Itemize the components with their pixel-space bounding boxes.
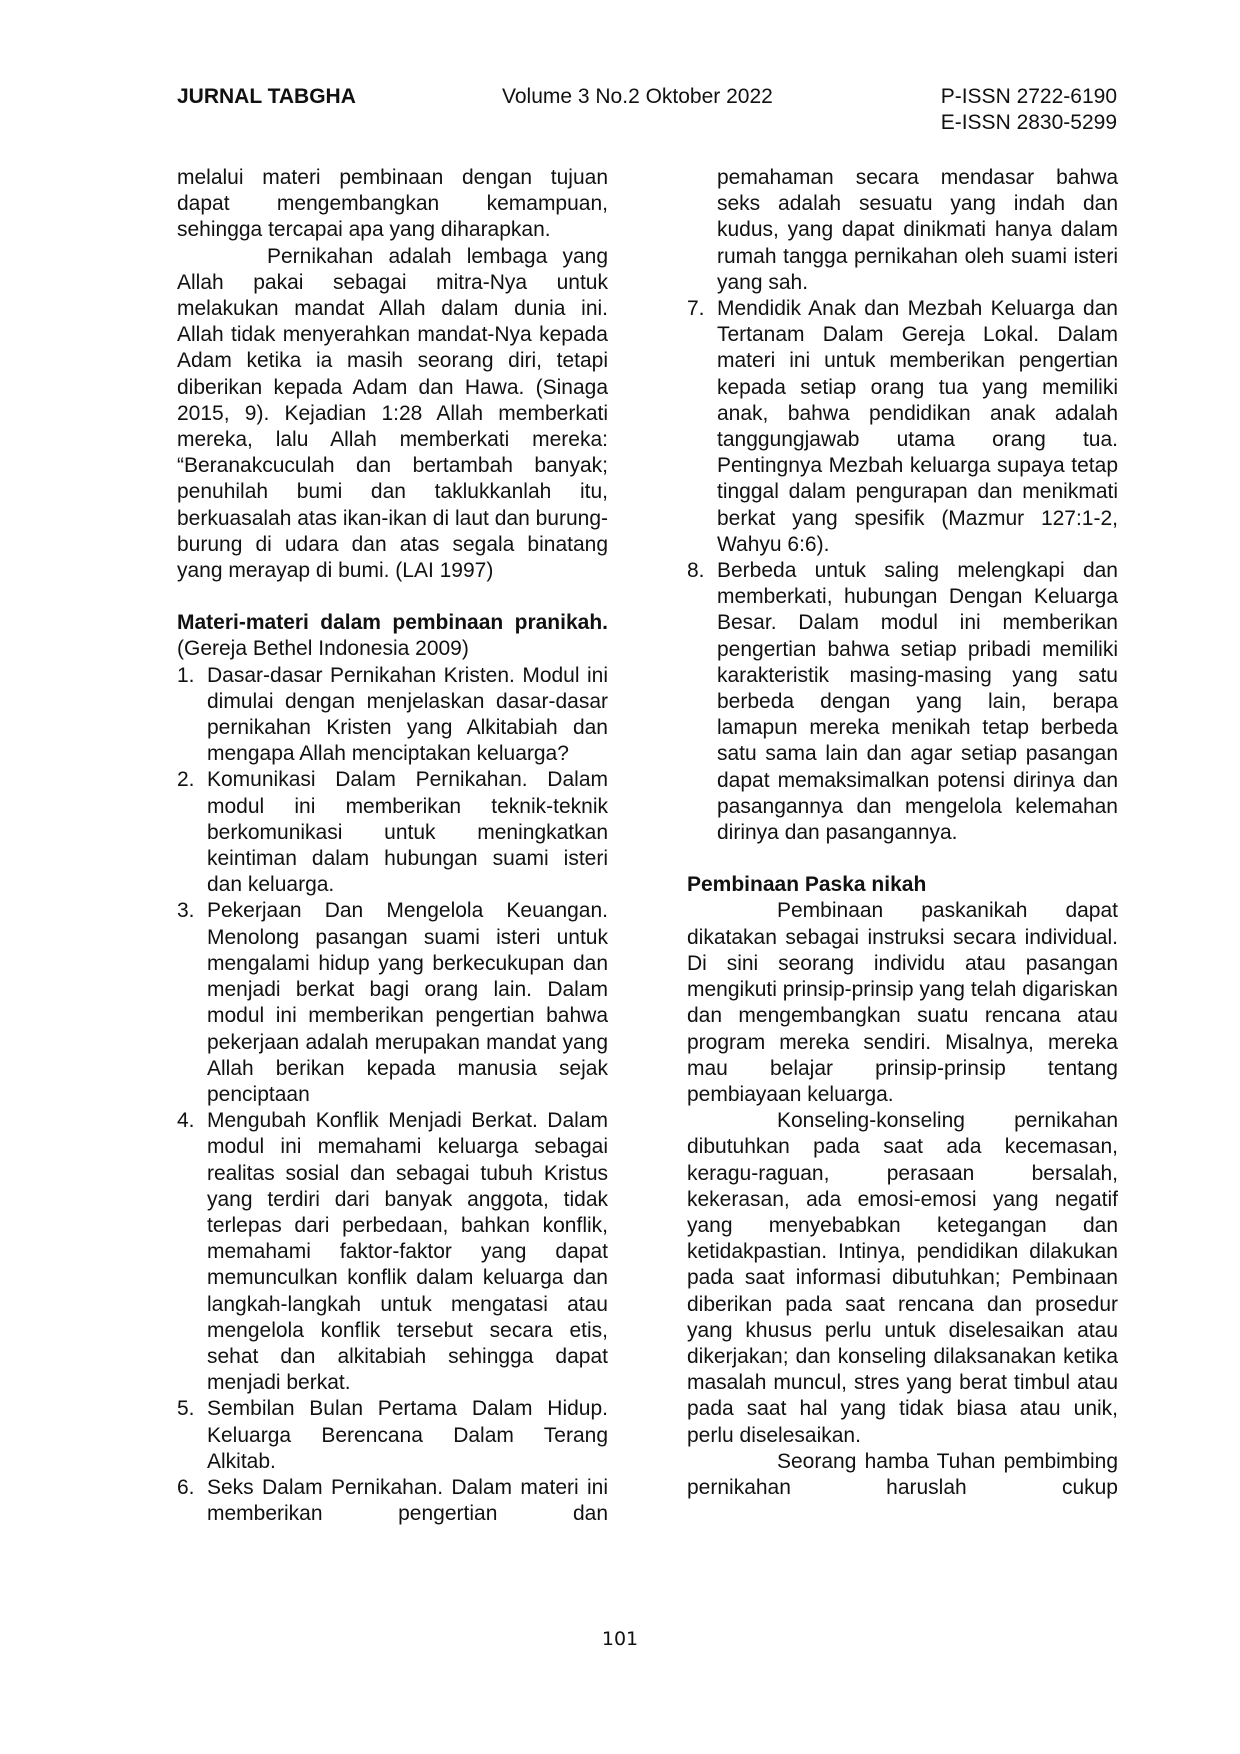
e-issn: E-ISSN 2830-5299	[941, 110, 1117, 136]
list-text: Berbeda untuk saling melengkapi dan memb…	[717, 559, 1118, 844]
materi-list-continued: pemahaman secara mendasar bahwa seks ada…	[687, 165, 1118, 846]
list-item-continuation: pemahaman secara mendasar bahwa seks ada…	[687, 165, 1118, 296]
paska-nikah-paragraph-3: Seorang hamba Tuhan pembimbing pernikaha…	[687, 1449, 1118, 1501]
heading-citation: (Gereja Bethel Indonesia 2009)	[177, 637, 469, 660]
spacer	[687, 846, 1118, 872]
paska-nikah-paragraph-2: Konseling-konseling pernikahan dibutuhka…	[687, 1108, 1118, 1449]
list-item: 2.Komunikasi Dalam Pernikahan. Dalam mod…	[177, 767, 608, 898]
journal-name: JURNAL TABGHA	[177, 84, 356, 110]
section-heading-paska-nikah: Pembinaan Paska nikah	[687, 872, 1118, 898]
intro-paragraph: melalui materi pembinaan dengan tujuan d…	[177, 165, 608, 244]
paska-nikah-paragraph-1: Pembinaan paskanikah dapat dikatakan seb…	[687, 898, 1118, 1108]
list-number: 4.	[177, 1108, 195, 1134]
list-item: 5.Sembilan Bulan Pertama Dalam Hidup. Ke…	[177, 1396, 608, 1475]
list-text: Sembilan Bulan Pertama Dalam Hidup. Kelu…	[207, 1397, 608, 1472]
list-item: 8.Berbeda untuk saling melengkapi dan me…	[687, 558, 1118, 846]
list-text: Komunikasi Dalam Pernikahan. Dalam modul…	[207, 768, 608, 896]
list-item: 1.Dasar-dasar Pernikahan Kristen. Modul …	[177, 663, 608, 768]
heading-bold: Materi-materi dalam pembinaan pranikah.	[177, 611, 608, 634]
list-text: Mendidik Anak dan Mezbah Keluarga dan Te…	[717, 297, 1118, 556]
list-number: 5.	[177, 1396, 195, 1422]
list-item: 6.Seks Dalam Pernikahan. Dalam materi in…	[177, 1475, 608, 1527]
p-issn: P-ISSN 2722-6190	[941, 84, 1117, 110]
list-text: pemahaman secara mendasar bahwa seks ada…	[717, 166, 1118, 294]
materi-list: 1.Dasar-dasar Pernikahan Kristen. Modul …	[177, 663, 608, 1528]
list-item: 7.Mendidik Anak dan Mezbah Keluarga dan …	[687, 296, 1118, 558]
list-number: 8.	[687, 558, 705, 584]
list-text: Mengubah Konflik Menjadi Berkat. Dalam m…	[207, 1109, 608, 1394]
list-text: Pekerjaan Dan Mengelola Keuangan. Menolo…	[207, 899, 608, 1105]
list-number: 3.	[177, 898, 195, 924]
list-item: 4.Mengubah Konflik Menjadi Berkat. Dalam…	[177, 1108, 608, 1396]
list-text: Dasar-dasar Pernikahan Kristen. Modul in…	[207, 664, 608, 766]
list-item: 3.Pekerjaan Dan Mengelola Keuangan. Meno…	[177, 898, 608, 1108]
page-number: 101	[0, 1628, 1240, 1650]
right-column: pemahaman secara mendasar bahwa seks ada…	[687, 165, 1118, 1501]
list-number: 6.	[177, 1475, 195, 1501]
left-column: melalui materi pembinaan dengan tujuan d…	[177, 165, 608, 1527]
list-number: 7.	[687, 296, 705, 322]
list-text: Seks Dalam Pernikahan. Dalam materi ini …	[207, 1475, 608, 1527]
marriage-paragraph: Pernikahan adalah lembaga yang Allah pak…	[177, 244, 608, 585]
spacer	[177, 584, 608, 610]
running-header: JURNAL TABGHA Volume 3 No.2 Oktober 2022…	[177, 84, 1117, 144]
list-number: 1.	[177, 663, 195, 689]
issn-block: P-ISSN 2722-6190 E-ISSN 2830-5299	[941, 84, 1117, 136]
section-heading-materi: Materi-materi dalam pembinaan pranikah. …	[177, 610, 608, 662]
list-number: 2.	[177, 767, 195, 793]
volume-info: Volume 3 No.2 Oktober 2022	[502, 84, 773, 110]
